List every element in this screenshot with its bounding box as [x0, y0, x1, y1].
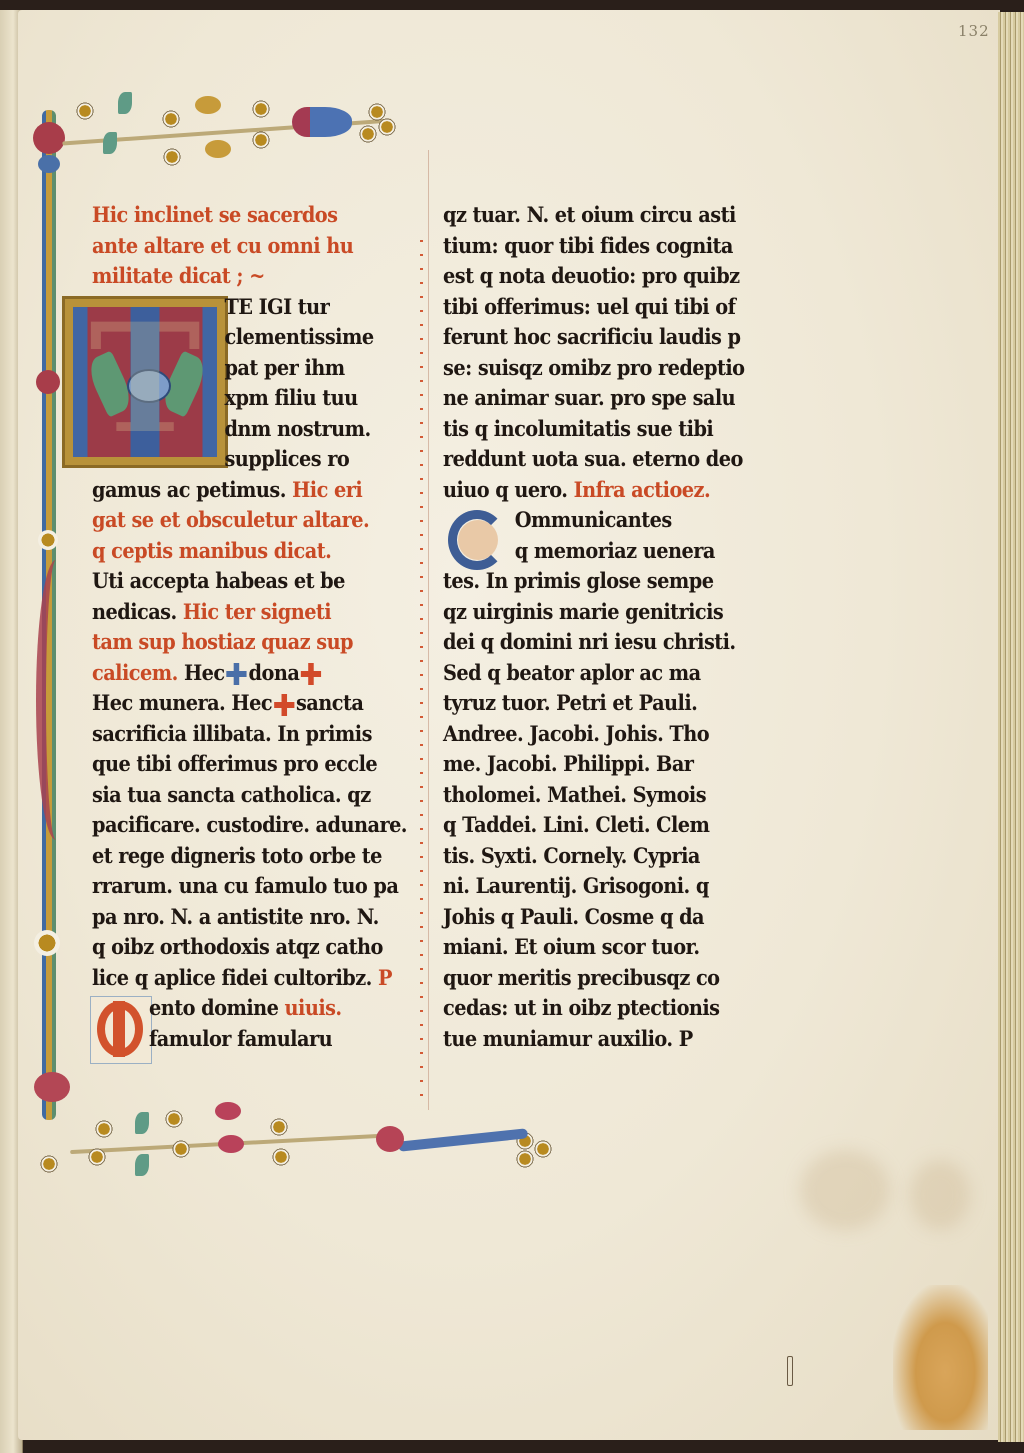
text-line: que tibi offerimus pro eccle [92, 749, 386, 780]
gold-flower-icon [272, 1148, 290, 1166]
body-text: nedicas. [92, 599, 183, 624]
text-line: xpm filiu tuu [92, 383, 386, 414]
text-line: famulor famularu [92, 1024, 386, 1055]
text-line: tue muniamur auxilio. P [443, 1024, 756, 1055]
body-text: ento domine [149, 995, 284, 1020]
ruling-line [428, 150, 429, 1110]
gold-flower-icon [76, 102, 94, 120]
text-line: cedas: ut in oibz ptectionis [443, 993, 756, 1024]
text-line: ento domine uiuis. [92, 993, 386, 1024]
leaf-icon [103, 132, 117, 154]
rubric-text: Hic ter signeti [183, 599, 331, 624]
body-text: que tibi offerimus pro eccle [92, 751, 377, 776]
rubric-text: Hic inclinet se sacerdos [92, 202, 337, 227]
text-line: tis q incolumitatis sue tibi [443, 414, 756, 445]
text-line: sia tua sancta catholica. qz [92, 780, 386, 811]
text-line: calicem. Hecdona [92, 658, 386, 689]
body-text: sancta [296, 690, 363, 715]
gold-flower-icon [88, 1148, 106, 1166]
text-line: pacificare. custodire. adunare. [92, 810, 386, 841]
body-text: lice q aplice fidei cultoribz. [92, 965, 378, 990]
gold-flower-icon [40, 1155, 58, 1173]
body-text: pacificare. custodire. adunare. [92, 812, 407, 837]
gold-flower-icon [359, 125, 377, 143]
right-text-column: qz tuar. N. et oium circu astitium: quor… [443, 200, 783, 1054]
text-line: miani. Et oium scor tuor. [443, 932, 756, 963]
text-line: q oibz orthodoxis atqz catho [92, 932, 386, 963]
text-line: tam sup hostiaz quaz sup [92, 627, 386, 658]
red-cross-icon [274, 694, 294, 716]
body-text: Hec munera. Hec [92, 690, 272, 715]
text-line: Johis q Pauli. Cosme q da [443, 902, 756, 933]
rubric-text: ante altare et cu omni hu [92, 233, 353, 258]
body-text: Hec [184, 660, 225, 685]
text-line: reddunt uota sua. eterno deo [443, 444, 756, 475]
rubric-text: tam sup hostiaz quaz sup [92, 629, 353, 654]
text-line: rrarum. una cu famulo tuo pa [92, 871, 386, 902]
gold-flower-icon [172, 1140, 190, 1158]
gold-flower-icon [252, 100, 270, 118]
text-line: gat se et obsculetur altare. [92, 505, 386, 536]
body-text: ferunt hoc sacrificiu laudis p [443, 324, 740, 349]
text-line: q memoriaz uenera [443, 536, 756, 567]
folio-number: 132 [958, 22, 990, 40]
body-text: famulor famularu [149, 1026, 332, 1051]
gold-flower-icon [270, 1118, 288, 1136]
gold-bead-icon [38, 530, 58, 550]
body-text: gamus ac petimus. [92, 477, 292, 502]
text-line: supplices ro [92, 444, 386, 475]
body-text: tis q incolumitatis sue tibi [443, 416, 713, 441]
body-text: tue muniamur auxilio. P [443, 1026, 693, 1051]
gold-flower-icon [252, 131, 270, 149]
body-text: est q nota deuotio: pro quibz [443, 263, 740, 288]
text-line: Uti accepta habeas et be [92, 566, 386, 597]
body-text: tibi offerimus: uel qui tibi of [443, 294, 735, 319]
body-text: dona [249, 660, 300, 685]
bead-icon [36, 370, 60, 394]
text-line: Hic inclinet se sacerdos [92, 200, 386, 231]
pen-flourish-dots [420, 240, 423, 1100]
text-line: pat per ihm [92, 353, 386, 384]
rubric-text: gat se et obsculetur altare. [92, 507, 369, 532]
water-stain [910, 1160, 970, 1230]
rubric-text: calicem. [92, 660, 184, 685]
text-line: ni. Laurentij. Grisogoni. q [443, 871, 756, 902]
gold-flower-icon [165, 1110, 183, 1128]
left-text-column: Hic inclinet se sacerdosante altare et c… [92, 200, 412, 1054]
text-line: militate dicat ; ~ [92, 261, 386, 292]
text-line: tium: quor tibi fides cognita [443, 231, 756, 262]
body-text: supplices ro [224, 446, 349, 471]
gold-flower-icon [378, 118, 396, 136]
gold-flower-icon [163, 148, 181, 166]
text-line: et rege digneris toto orbe te [92, 841, 386, 872]
body-text: Johis q Pauli. Cosme q da [443, 904, 704, 929]
text-line: dei q domini nri iesu christi. [443, 627, 756, 658]
text-line: tis. Syxti. Cornely. Cypria [443, 841, 756, 872]
text-line: me. Jacobi. Philippi. Bar [443, 749, 756, 780]
body-text: quor meritis precibusqz co [443, 965, 719, 990]
text-line: TE IGI tur [92, 292, 386, 323]
text-line: uiuo q uero. Infra actioez. [443, 475, 756, 506]
text-line: Sed q beator aplor ac ma [443, 658, 756, 689]
body-text: ne animar suar. pro spe salu [443, 385, 735, 410]
text-line: pa nro. N. a antistite nro. N. [92, 902, 386, 933]
gold-flower-icon [516, 1150, 534, 1168]
bud-icon [195, 96, 221, 114]
petal-icon [218, 1135, 244, 1153]
gold-flower-icon [162, 110, 180, 128]
red-flower-icon [376, 1126, 404, 1152]
body-text: cedas: ut in oibz ptectionis [443, 995, 720, 1020]
body-text: q oibz orthodoxis atqz catho [92, 934, 383, 959]
body-text: q Taddei. Lini. Cleti. Clem [443, 812, 709, 837]
text-line: qz tuar. N. et oium circu asti [443, 200, 756, 231]
body-text: Sed q beator aplor ac ma [443, 660, 701, 685]
leaf-icon [135, 1154, 149, 1176]
text-line: se: suisqz omibz pro redeptio [443, 353, 756, 384]
text-line: clementissime [92, 322, 386, 353]
rubric-text: Infra actioez. [574, 477, 711, 502]
text-line: est q nota deuotio: pro quibz [443, 261, 756, 292]
body-text: Ommunicantes [515, 507, 672, 532]
body-text: rrarum. una cu famulo tuo pa [92, 873, 398, 898]
ribbon-ornament [36, 560, 76, 840]
rubric-text: P [378, 965, 392, 990]
body-text: se: suisqz omibz pro redeptio [443, 355, 744, 380]
body-text: reddunt uota sua. eterno deo [443, 446, 743, 471]
text-line: sacrificia illibata. In primis [92, 719, 386, 750]
text-line: qz uirginis marie genitricis [443, 597, 756, 628]
red-cross-icon [301, 663, 321, 685]
text-line: ne animar suar. pro spe salu [443, 383, 756, 414]
rubric-text: uiuis. [285, 995, 342, 1020]
body-text: Uti accepta habeas et be [92, 568, 345, 593]
body-text: qz tuar. N. et oium circu asti [443, 202, 736, 227]
rubric-text: Hic eri [292, 477, 362, 502]
rosette-icon [34, 1072, 70, 1102]
body-text: clementissime [224, 324, 373, 349]
rubric-text: q ceptis manibus dicat. [92, 538, 331, 563]
text-line: tholomei. Mathei. Symois [443, 780, 756, 811]
body-text: uiuo q uero. [443, 477, 574, 502]
body-text: xpm filiu tuu [224, 385, 357, 410]
blue-cross-icon [226, 663, 246, 685]
bead-icon [38, 155, 60, 173]
text-line: ferunt hoc sacrificiu laudis p [443, 322, 756, 353]
body-text: Andree. Jacobi. Johis. Tho [443, 721, 709, 746]
body-text: et rege digneris toto orbe te [92, 843, 382, 868]
body-text: tholomei. Mathei. Symois [443, 782, 706, 807]
body-text: dei q domini nri iesu christi. [443, 629, 736, 654]
text-line: Hec munera. Hecsancta [92, 688, 386, 719]
body-text: miani. Et oium scor tuor. [443, 934, 700, 959]
text-line: nedicas. Hic ter signeti [92, 597, 386, 628]
body-text: tyruz tuor. Petri et Pauli. [443, 690, 697, 715]
text-line: tibi offerimus: uel qui tibi of [443, 292, 756, 323]
text-line: Ommunicantes [443, 505, 756, 536]
text-line: quor meritis precibusqz co [443, 963, 756, 994]
ink-mark [787, 1356, 793, 1386]
water-stain [800, 1150, 890, 1230]
acanthus-spray-icon [292, 107, 352, 137]
text-line: Andree. Jacobi. Johis. Tho [443, 719, 756, 750]
body-text: q memoriaz uenera [515, 538, 715, 563]
body-text: tis. Syxti. Cornely. Cypria [443, 843, 700, 868]
bud-icon [205, 140, 231, 158]
text-line: lice q aplice fidei cultoribz. P [92, 963, 386, 994]
rosette-icon [33, 122, 65, 154]
text-line: tyruz tuor. Petri et Pauli. [443, 688, 756, 719]
body-text: ni. Laurentij. Grisogoni. q [443, 873, 709, 898]
text-line: q ceptis manibus dicat. [92, 536, 386, 567]
leaf-icon [118, 92, 132, 114]
page-edges-stack [998, 12, 1024, 1442]
body-text: qz uirginis marie genitricis [443, 599, 723, 624]
body-text: tium: quor tibi fides cognita [443, 233, 733, 258]
body-text: me. Jacobi. Philippi. Bar [443, 751, 693, 776]
gold-bead-icon [34, 930, 60, 956]
leaf-icon [135, 1112, 149, 1134]
rubric-text: militate dicat ; ~ [92, 263, 265, 288]
gold-flower-icon [95, 1120, 113, 1138]
gold-flower-icon [534, 1140, 552, 1158]
body-text: tes. In primis glose sempe [443, 568, 713, 593]
text-line: gamus ac petimus. Hic eri [92, 475, 386, 506]
text-line: tes. In primis glose sempe [443, 566, 756, 597]
text-line: dnm nostrum. [92, 414, 386, 445]
body-text: pat per ihm [224, 355, 344, 380]
body-text: sacrificia illibata. In primis [92, 721, 372, 746]
text-line: q Taddei. Lini. Cleti. Clem [443, 810, 756, 841]
body-text: dnm nostrum. [224, 416, 370, 441]
foxing-stain [893, 1285, 988, 1430]
body-text: sia tua sancta catholica. qz [92, 782, 371, 807]
petal-icon [215, 1102, 241, 1120]
text-line: ante altare et cu omni hu [92, 231, 386, 262]
body-text: pa nro. N. a antistite nro. N. [92, 904, 379, 929]
body-text: TE IGI tur [224, 294, 329, 319]
